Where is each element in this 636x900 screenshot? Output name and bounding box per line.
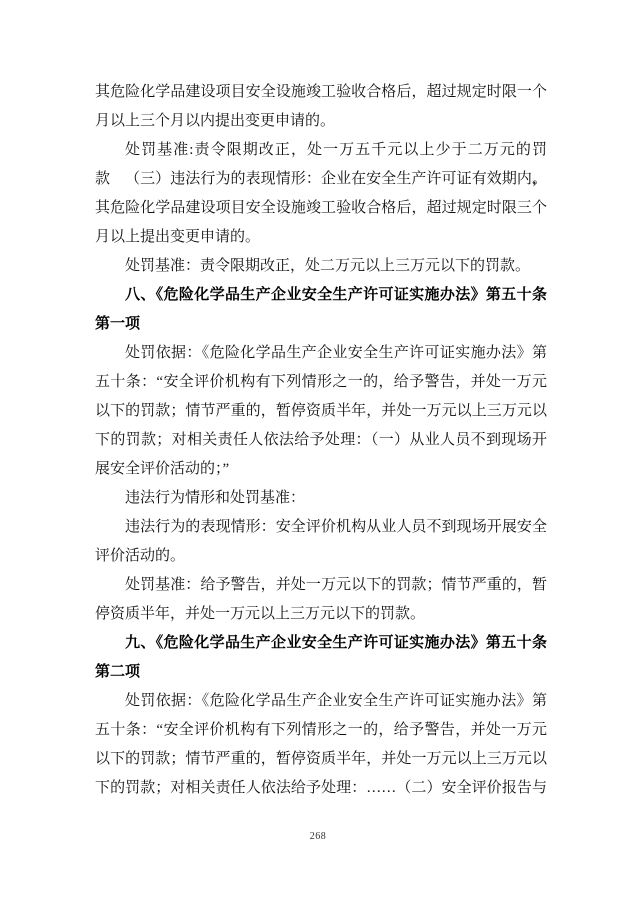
page-footer: 268: [0, 826, 636, 844]
text-line: 处罚基准：责令限期改正，处二万元以上三万元以下的罚款。: [95, 252, 547, 281]
text-line: 其危险化学品建设项目安全设施竣工验收合格后，超过规定时限三个: [95, 194, 547, 223]
text-line: 下的罚款；对相关责任人依法给予处理：（一）从业人员不到现场开: [95, 426, 547, 455]
section-heading: 九、《危险化学品生产企业安全生产许可证实施办法》第五十条: [95, 629, 547, 658]
text-line: 月以上提出变更申请的。: [95, 223, 547, 252]
text-line: 处罚依据：《危险化学品生产企业安全生产许可证实施办法》第: [95, 339, 547, 368]
text-line: 处罚基准：给予警告，并处一万元以下的罚款；情节严重的，暂: [95, 571, 547, 600]
text-line: 以下的罚款；情节严重的，暂停资质半年，并处一万元以上三万元以: [95, 397, 547, 426]
page-number: 268: [310, 831, 327, 842]
text-line: 下的罚款；对相关责任人依法给予处理：……（二）安全评价报告与: [95, 774, 547, 803]
text-line: 五十条：“安全评价机构有下列情形之一的，给予警告，并处一万元: [95, 716, 547, 745]
section-heading: 八、《危险化学品生产企业安全生产许可证实施办法》第五十条: [95, 281, 547, 310]
text-line: （三）违法行为的表现情形：企业在安全生产许可证有效期内，: [95, 165, 547, 194]
text-line: 其危险化学品建设项目安全设施竣工验收合格后，超过规定时限一个: [95, 78, 547, 107]
document-page: 其危险化学品建设项目安全设施竣工验收合格后，超过规定时限一个 月以上三个月以内提…: [0, 0, 636, 900]
document-body: 其危险化学品建设项目安全设施竣工验收合格后，超过规定时限一个 月以上三个月以内提…: [95, 78, 547, 803]
text-line: 处罚依据：《危险化学品生产企业安全生产许可证实施办法》第: [95, 687, 547, 716]
text-line: 以下的罚款；情节严重的，暂停资质半年，并处一万元以上三万元以: [95, 745, 547, 774]
section-heading: 第二项: [95, 658, 547, 687]
text-line: 展安全评价活动的；”: [95, 455, 547, 484]
text-line: 停资质半年，并处一万元以上三万元以下的罚款。: [95, 600, 547, 629]
text-line: 违法行为情形和处罚基准：: [95, 484, 547, 513]
text-line: 月以上三个月以内提出变更申请的。: [95, 107, 547, 136]
text-line: 评价活动的。: [95, 542, 547, 571]
text-line: 违法行为的表现情形：安全评价机构从业人员不到现场开展安全: [95, 513, 547, 542]
section-heading: 第一项: [95, 310, 547, 339]
text-line: 五十条：“安全评价机构有下列情形之一的，给予警告，并处一万元: [95, 368, 547, 397]
text-line: 处罚基准:责令限期改正，处一万五千元以上少于二万元的罚款。: [95, 136, 547, 165]
